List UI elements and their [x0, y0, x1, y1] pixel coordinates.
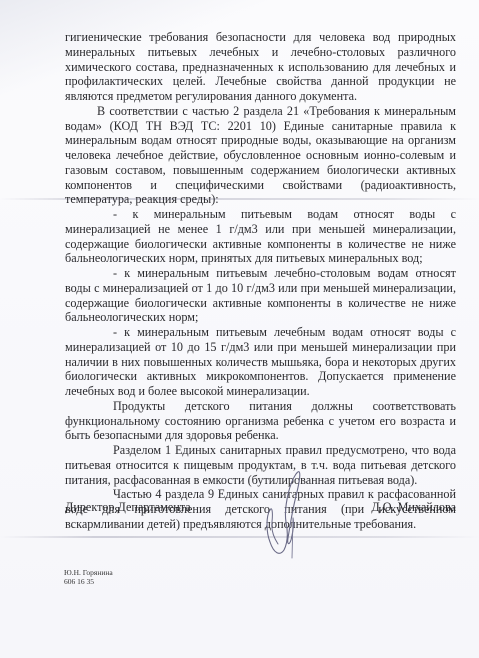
paragraph-mineral-water-definition: В соответствии с частью 2 раздела 21 «Тр…: [65, 104, 456, 207]
handwritten-signature-icon: [262, 466, 306, 560]
paragraph-baby-food: Продукты детского питания должны соответ…: [65, 399, 456, 443]
executor-name: Ю.Н. Горянина: [64, 568, 113, 577]
paragraph-section-1: Разделом 1 Единых санитарных правил пред…: [65, 443, 456, 487]
letter-body: гигиенические требования безопасности дл…: [65, 30, 456, 532]
executor-phone: 606 16 35: [64, 577, 113, 586]
list-item-table-water: - к минеральным питьевым лечебно-столовы…: [65, 266, 456, 325]
signatory-position: Директор Департамента: [65, 500, 191, 515]
list-item-medicinal-water: - к минеральным питьевым лечебным водам …: [65, 325, 456, 399]
paragraph-intro: гигиенические требования безопасности дл…: [65, 30, 456, 104]
list-item-drinking-water: - к минеральным питьевым водам относят в…: [65, 207, 456, 266]
executor-info: Ю.Н. Горянина 606 16 35: [64, 568, 113, 586]
signatory-name: Д.О. Михайлова: [371, 500, 456, 515]
paper-fold-line: [0, 536, 479, 538]
scanned-page: гигиенические требования безопасности дл…: [0, 0, 479, 658]
